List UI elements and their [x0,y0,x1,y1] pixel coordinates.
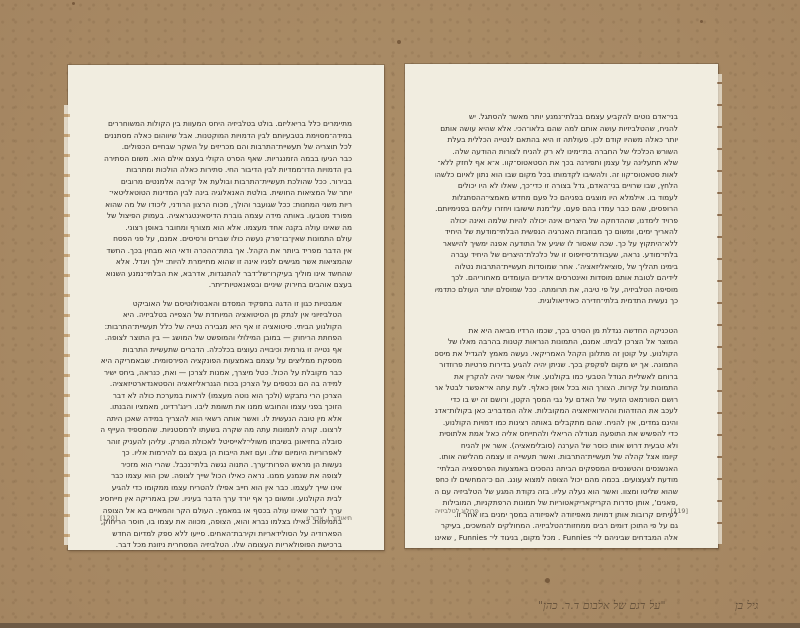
text-line: הקולנוע. על קוטן זה מתלונן הקהל האמריקאי… [435,348,678,360]
text-line: לעכב את ההזדהות וההירואיזאציה המקובלות. … [435,405,678,417]
book-page-left: מתיימרים כלל בריאליזם. בולט בטלביזיה היח… [68,65,384,550]
page-number: [119] [671,507,688,515]
text-line: והינם גמדים, אין להניח. שהם מתקבלים באות… [435,417,678,429]
text-line: אינו שייך לעצמו. כבר אין הוא חייב אפילו … [100,482,342,494]
text-line: מפורד מטבעו. באותה מידה עצמה גוברת הדיסא… [100,210,352,222]
text-line: להאריך ימים, ומשום כך מבוזבזת האנרגיה הנ… [435,226,678,238]
paragraph: מתיימרים כלל בריאליזם. בולט בטלביזיה היח… [100,118,352,291]
text-line: לעמוד בו. אילמלא היו מוצגים בפניהם כל פע… [435,192,678,204]
text-line: כך נעשית התדמית בלתי־חדירה כאידיאולוגית. [435,295,678,307]
text-line: עולם התמונות שאין־בו־פרק נעשה כולו שברים… [100,233,352,245]
text-line: ולא טבעית דרוש אותו כוסר של הערנה (סובלי… [435,440,678,452]
board-bottom-edge [0,623,800,628]
text-line: יותר כאלה משהיו קודם לכן. פעולתה זו היא … [435,134,678,146]
page-footer: [119] פרולוג לטלביזיה [435,507,688,515]
page-footer: תיאודור ו. אדורנו [120] [100,514,352,522]
text-line: אין הדבר מפריד ביותר את הקהל. אך בתת־ההכ… [100,245,352,257]
running-head: פרולוג לטלביזיה [435,507,479,515]
text-line: שהמציאות אשר מגישים לפניו אינה זו שהוא מ… [100,256,352,268]
page-number: [120] [100,514,117,522]
text-line: אמבטיות כגון זו הדגה בתפקיד המסדם והאבסו… [100,298,342,310]
text-line: לאפרוריות היומיום שלו. ועם זאת הייבות הן… [100,447,342,459]
board-speck [700,20,703,23]
handwritten-signature: גיל בן [735,599,758,612]
text-line: מספקת ממליצים על עצמם באמצעות הפונקציה ה… [100,355,342,367]
text-line: הקולנוע הביתי. סיטואציה זו אף היא מגבירה… [100,321,342,333]
text-line: מה שאינו עולה בקנה אחד מעצמו. אלא הוא מצ… [100,222,352,234]
text-line: אף נטייה זו גורמית וכיבוייה נעוצים בכלכל… [100,344,342,356]
text-line: האנשנסים והטשנסים המספקים הביתה נהסכים ב… [435,463,678,475]
text-line: קיומו אצל קהלה של תעשיית־התרבות. ואשר תע… [435,451,678,463]
paragraph: בני־אדם נוטים להקביע עצמם בבלתי־נמנע יות… [435,111,688,307]
text-line: הטלביזיוני אין לנתק מן הסיטואציה המיוחדת… [100,309,342,321]
text-line: השורש הכלכלי של החברה בת־ימינו לא רק להנ… [435,146,678,158]
text-line: גם על פי התוכן דומים רבים ממחזות־הטלביזי… [435,520,678,532]
board-speck [72,2,75,5]
text-line: כבר מקובלת על הכול. כטל מיצרך, אמנות לצר… [100,367,342,379]
text-line: התמונות על קירות. הצורך הוא בכל אופן כאל… [435,382,678,394]
text-line: נעשות הן מראש הפרות־ערך. התנוה נגשה בלתי… [100,459,342,471]
page-body-text: מתיימרים כלל בריאליזם. בולט בטלביזיה היח… [100,118,352,551]
running-head: תיאודור ו. אדורנו [306,514,352,522]
text-line: בין הדמויות הדו־ממדיות לבין הדיבור החי. … [100,164,352,176]
text-line: אלא מין טובה הנעשית לו. ואשר אותה רשאי ה… [100,413,342,425]
text-line: הפחתת הריחוק — במובן המילולי והמופשט של … [100,332,342,344]
book-page-right: בני־אדם נוטים להקביע עצמם בבלתי־נמנע יות… [405,64,718,548]
text-line: כדי להפשיש את התופעה מגודלה הריאלי ולהתי… [435,428,678,440]
text-line: המוצר אל הצרכן לביתו. אמנם, התמונות הנרא… [435,336,678,348]
text-line: בני־אדם נוטים להקביע עצמם בבלתי־נמנע יות… [435,111,678,123]
text-line: לרצונו. קורה לתמונות עתה מה שקרה בשעתו ל… [100,424,342,436]
text-line: אלה המבדחים שביניהם לי־ Funnies . מכל מק… [435,532,678,544]
text-line: מודעת לצעצועים. בכמה מהם יכול הצופה למצו… [435,474,678,486]
text-line: כבר הגיעו בבמה הזמנגריות. שאף הסרט הקולי… [100,153,352,165]
text-line: בימינו תהליך של ‚סוציאליזאציה’. אחר שמוס… [435,261,678,273]
text-line: מתיימרים כלל בריאליזם. בולט בטלביזיה היח… [100,118,352,130]
text-line: סובלה בחזיאונן בשיבתו משולי־לאייסיטל לאכ… [100,436,342,448]
text-line: רושם הפורמאט הזעיר של האדם על גבי המסך ה… [435,394,678,406]
text-line: ללא־היתקוץ על כך. שכה שאסור לו שיגיע אל … [435,238,678,250]
text-line: שהוא שליטו ומצוו. ואשר הוא נעלה עליו. בז… [435,486,678,498]
text-line: לאות סטאטוס־קוו זה. ולהשיבו לקדמותו בכל … [435,169,678,181]
text-line: לצופה את שנמנע ממנו. נראה כאילו הכול שיי… [100,470,342,482]
text-line: במידה־מסוימת בטבעיותם לבין הדמויות המוקט… [100,130,352,142]
text-line: הזוכך בפני עצמו והחובש ממנו את תשומת ליב… [100,401,342,413]
text-line: להניח, שהטלביזיות עושה אותם למה שהם בלאו… [435,123,678,135]
text-line: ברוחם לאשליית הגודל הטבעי כמו בקולנוע. א… [435,371,678,383]
handwritten-title: "על דגם של אלבום ד.ר. כהן" [538,599,666,612]
text-line: לכל תוצריה של תעשיית־התרבות והם מכריזים … [100,141,352,153]
text-line: יותר של המציאות החושית. בולטת האנאלוגיה … [100,187,352,199]
board-speck [397,40,401,44]
text-line: בעצם אוהבים בחירוק שיניים ובפאנאטיות־יתר… [100,279,352,291]
text-line: מוסיפה הטלביזיה, על פי טיבה, את תרומתה. … [435,284,678,296]
text-line: הלחץ, שבו שרויים בני־האדם, גדל בצורה זו … [435,180,678,192]
board-speck [545,578,550,583]
text-line: הטכניקה החדשה נגדלת מן הסרט בכך, שכמו הר… [435,325,678,337]
page-body-text: בני־אדם נוטים להקביע עצמם בבלתי־נמנע יות… [435,111,688,543]
text-line: שלא תתעלינה על עצמן ותפירנה בכך את הסטאט… [435,157,678,169]
text-line: לידיהם לטובת אותם מוסדות ואינטרסים אדירי… [435,272,678,284]
text-line: הצרכן הרי נתבקש (ולכך הוא נוטה מעצמו) לר… [100,390,342,402]
text-line: ריות משני המחנות: ככל שגועבר והולך, מכוח… [100,199,352,211]
text-line: הרופסים, שהם כבר עמדו בהם פעם. על־מנת שי… [435,203,678,215]
text-line: הפארודיה על הסולידאריות וקירבת־האחים. סי… [100,528,342,540]
text-line: התמונה. אך יש מקום לפקפק בכך. שניתן יהיה… [435,359,678,371]
text-line: לבית הקולנוע. ומשום כך אף יורד ערך הדבר … [100,493,342,505]
text-line: בבירור. ככל שהולכת תעשיית־התרבות ובולעת … [100,176,352,188]
text-line: שהחשד אינו מוליך בעיקרו־של־דבר להתנגדות,… [100,268,352,280]
text-line: פרויד לימדנו, שההדחקה של היצרים אינה יכו… [435,215,678,227]
text-line: למידה בה הם נכספים על הצרכן בכוח הגנראלי… [100,378,342,390]
text-line: בלתי־מודע. נראה, שעבודת־סיזיפוס זו של כל… [435,249,678,261]
text-line: ברכישת הפופולאריות העצומה שלו. הטלביזיה … [100,539,342,551]
paragraph: אמבטיות כגון זו הדגה בתפקיד המסדם והאבסו… [100,298,352,551]
